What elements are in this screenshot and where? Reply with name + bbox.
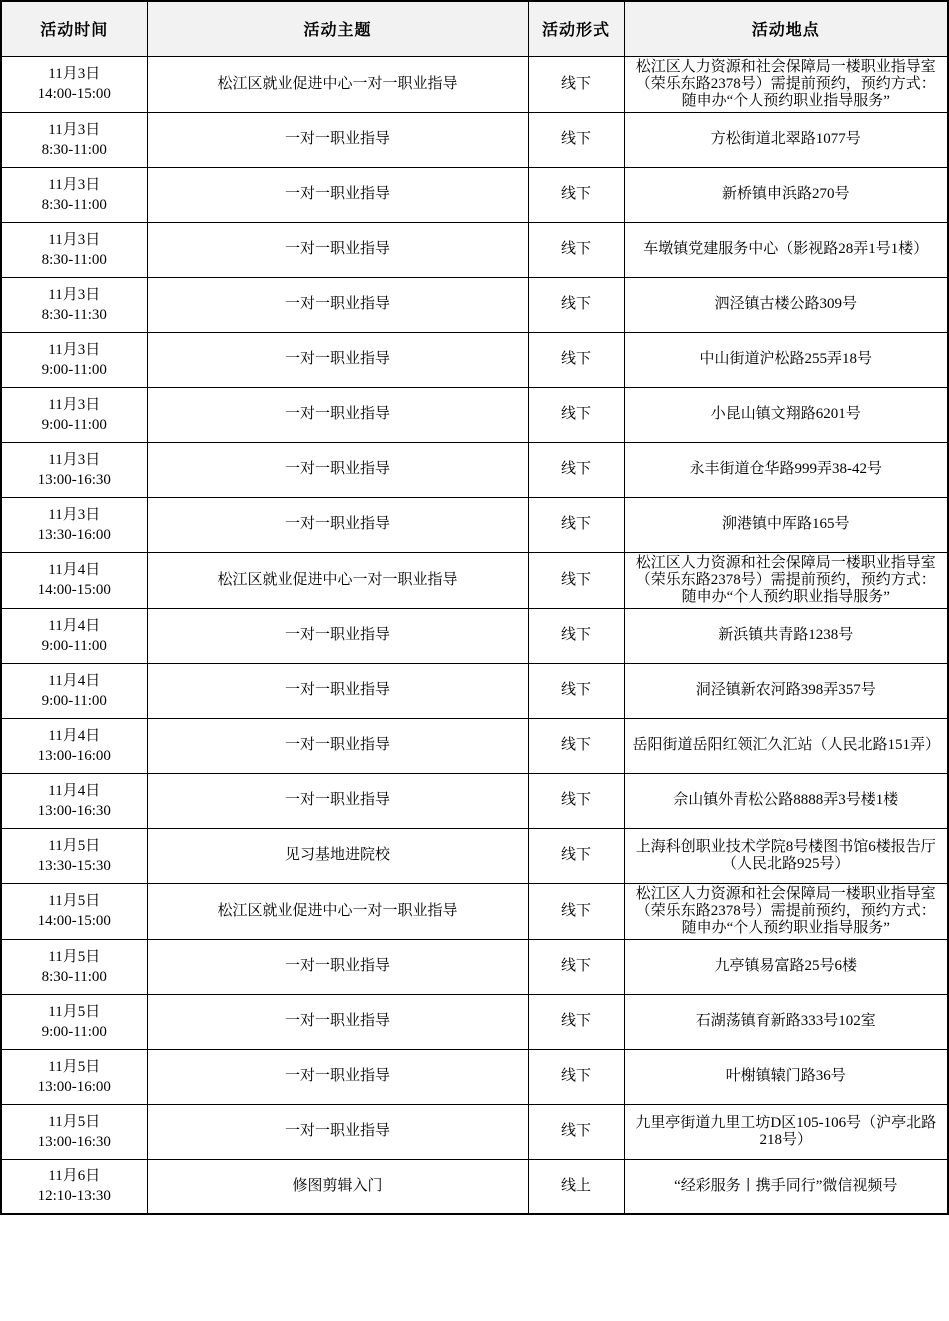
activity-schedule-table: 活动时间 活动主题 活动形式 活动地点 11月3日 14:00-15:00 松江… — [0, 0, 949, 1215]
activity-date: 11月5日 — [10, 1112, 139, 1132]
activity-date: 11月4日 — [10, 671, 139, 691]
activity-location-cell: 松江区人力资源和社会保障局一楼职业指导室（荣乐东路2378号）需提前预约，预约方… — [624, 883, 948, 939]
activity-subject-cell: 一对一职业指导 — [147, 608, 528, 663]
activity-time-cell: 11月4日 13:00-16:30 — [1, 773, 147, 828]
activity-time: 8:30-11:00 — [10, 195, 139, 215]
activity-time-cell: 11月3日 9:00-11:00 — [1, 387, 147, 442]
activity-time: 13:00-16:30 — [10, 470, 139, 490]
column-header-activity-subject: 活动主题 — [147, 1, 528, 56]
activity-form-cell: 线下 — [528, 939, 624, 994]
table-row: 11月3日 14:00-15:00 松江区就业促进中心一对一职业指导 线下 松江… — [1, 56, 948, 112]
activity-form-cell: 线下 — [528, 828, 624, 883]
activity-time: 9:00-11:00 — [10, 691, 139, 711]
activity-form-cell: 线下 — [528, 56, 624, 112]
activity-subject-cell: 一对一职业指导 — [147, 1049, 528, 1104]
activity-form-cell: 线下 — [528, 883, 624, 939]
activity-time-cell: 11月3日 8:30-11:30 — [1, 277, 147, 332]
activity-location-cell: 小昆山镇文翔路6201号 — [624, 387, 948, 442]
table-row: 11月5日 13:00-16:00 一对一职业指导 线下 叶榭镇辕门路36号 — [1, 1049, 948, 1104]
activity-time-cell: 11月6日 12:10-13:30 — [1, 1159, 147, 1214]
activity-time-cell: 11月3日 14:00-15:00 — [1, 56, 147, 112]
activity-date: 11月5日 — [10, 836, 139, 856]
activity-form-cell: 线下 — [528, 663, 624, 718]
activity-time: 13:00-16:00 — [10, 1077, 139, 1097]
activity-location-cell: 九里亭街道九里工坊D区105-106号（沪亭北路218号） — [624, 1104, 948, 1159]
activity-date: 11月3日 — [10, 340, 139, 360]
activity-time: 9:00-11:00 — [10, 360, 139, 380]
activity-subject-cell: 一对一职业指导 — [147, 773, 528, 828]
activity-location-cell: 九亭镇易富路25号6楼 — [624, 939, 948, 994]
activity-time: 13:30-16:00 — [10, 525, 139, 545]
activity-form-cell: 线下 — [528, 608, 624, 663]
activity-date: 11月5日 — [10, 891, 139, 911]
activity-date: 11月3日 — [10, 285, 139, 305]
activity-time-cell: 11月5日 13:00-16:30 — [1, 1104, 147, 1159]
activity-location-cell: “经彩服务丨携手同行”微信视频号 — [624, 1159, 948, 1214]
activity-location-cell: 松江区人力资源和社会保障局一楼职业指导室（荣乐东路2378号）需提前预约，预约方… — [624, 552, 948, 608]
activity-time: 8:30-11:30 — [10, 305, 139, 325]
activity-subject-cell: 一对一职业指导 — [147, 718, 528, 773]
activity-time: 13:00-16:00 — [10, 746, 139, 766]
activity-date: 11月4日 — [10, 781, 139, 801]
activity-form-cell: 线下 — [528, 332, 624, 387]
activity-time: 13:00-16:30 — [10, 1132, 139, 1152]
activity-subject-cell: 一对一职业指导 — [147, 497, 528, 552]
table-row: 11月4日 14:00-15:00 松江区就业促进中心一对一职业指导 线下 松江… — [1, 552, 948, 608]
activity-subject-cell: 一对一职业指导 — [147, 222, 528, 277]
activity-location-cell: 岳阳街道岳阳红领汇久汇站（人民北路151弄） — [624, 718, 948, 773]
activity-time-cell: 11月4日 9:00-11:00 — [1, 663, 147, 718]
activity-date: 11月6日 — [10, 1166, 139, 1186]
header-row: 活动时间 活动主题 活动形式 活动地点 — [1, 1, 948, 56]
activity-time-cell: 11月3日 13:30-16:00 — [1, 497, 147, 552]
activity-subject-cell: 见习基地进院校 — [147, 828, 528, 883]
activity-time: 8:30-11:00 — [10, 967, 139, 987]
table-row: 11月3日 9:00-11:00 一对一职业指导 线下 小昆山镇文翔路6201号 — [1, 387, 948, 442]
page: 活动时间 活动主题 活动形式 活动地点 11月3日 14:00-15:00 松江… — [0, 0, 949, 1321]
activity-subject-cell: 松江区就业促进中心一对一职业指导 — [147, 56, 528, 112]
activity-date: 11月3日 — [10, 230, 139, 250]
activity-location-cell: 方松街道北翠路1077号 — [624, 112, 948, 167]
table-row: 11月5日 8:30-11:00 一对一职业指导 线下 九亭镇易富路25号6楼 — [1, 939, 948, 994]
activity-subject-cell: 一对一职业指导 — [147, 994, 528, 1049]
activity-time-cell: 11月4日 9:00-11:00 — [1, 608, 147, 663]
activity-time: 9:00-11:00 — [10, 1022, 139, 1042]
activity-form-cell: 线下 — [528, 1104, 624, 1159]
activity-subject-cell: 松江区就业促进中心一对一职业指导 — [147, 552, 528, 608]
table-row: 11月5日 14:00-15:00 松江区就业促进中心一对一职业指导 线下 松江… — [1, 883, 948, 939]
activity-form-cell: 线下 — [528, 277, 624, 332]
activity-subject-cell: 一对一职业指导 — [147, 112, 528, 167]
activity-time-cell: 11月3日 8:30-11:00 — [1, 222, 147, 277]
activity-location-cell: 松江区人力资源和社会保障局一楼职业指导室（荣乐东路2378号）需提前预约，预约方… — [624, 56, 948, 112]
activity-form-cell: 线下 — [528, 167, 624, 222]
table-row: 11月6日 12:10-13:30 修图剪辑入门 线上 “经彩服务丨携手同行”微… — [1, 1159, 948, 1214]
table-row: 11月3日 9:00-11:00 一对一职业指导 线下 中山街道沪松路255弄1… — [1, 332, 948, 387]
activity-location-cell: 车墩镇党建服务中心（影视路28弄1号1楼） — [624, 222, 948, 277]
activity-time: 13:00-16:30 — [10, 801, 139, 821]
activity-subject-cell: 一对一职业指导 — [147, 387, 528, 442]
activity-subject-cell: 一对一职业指导 — [147, 277, 528, 332]
activity-time-cell: 11月3日 9:00-11:00 — [1, 332, 147, 387]
activity-form-cell: 线下 — [528, 718, 624, 773]
activity-time: 13:30-15:30 — [10, 856, 139, 876]
activity-form-cell: 线下 — [528, 387, 624, 442]
activity-form-cell: 线下 — [528, 112, 624, 167]
table-row: 11月5日 13:00-16:30 一对一职业指导 线下 九里亭街道九里工坊D区… — [1, 1104, 948, 1159]
activity-date: 11月4日 — [10, 726, 139, 746]
activity-subject-cell: 一对一职业指导 — [147, 1104, 528, 1159]
activity-time: 14:00-15:00 — [10, 911, 139, 931]
activity-subject-cell: 一对一职业指导 — [147, 167, 528, 222]
activity-form-cell: 线下 — [528, 497, 624, 552]
activity-location-cell: 新浜镇共青路1238号 — [624, 608, 948, 663]
activity-form-cell: 线下 — [528, 442, 624, 497]
activity-time: 8:30-11:00 — [10, 250, 139, 270]
activity-time-cell: 11月5日 9:00-11:00 — [1, 994, 147, 1049]
activity-time-cell: 11月3日 13:00-16:30 — [1, 442, 147, 497]
activity-location-cell: 叶榭镇辕门路36号 — [624, 1049, 948, 1104]
activity-time: 9:00-11:00 — [10, 415, 139, 435]
table-row: 11月3日 8:30-11:00 一对一职业指导 线下 车墩镇党建服务中心（影视… — [1, 222, 948, 277]
table-row: 11月4日 9:00-11:00 一对一职业指导 线下 新浜镇共青路1238号 — [1, 608, 948, 663]
activity-time-cell: 11月4日 13:00-16:00 — [1, 718, 147, 773]
activity-location-cell: 石湖荡镇育新路333号102室 — [624, 994, 948, 1049]
activity-date: 11月3日 — [10, 175, 139, 195]
activity-time-cell: 11月5日 8:30-11:00 — [1, 939, 147, 994]
activity-form-cell: 线上 — [528, 1159, 624, 1214]
activity-subject-cell: 一对一职业指导 — [147, 663, 528, 718]
table-row: 11月4日 9:00-11:00 一对一职业指导 线下 洞泾镇新农河路398弄3… — [1, 663, 948, 718]
table-row: 11月3日 13:00-16:30 一对一职业指导 线下 永丰街道仓华路999弄… — [1, 442, 948, 497]
activity-time: 12:10-13:30 — [10, 1186, 139, 1206]
activity-location-cell: 泗泾镇古楼公路309号 — [624, 277, 948, 332]
activity-time-cell: 11月5日 13:00-16:00 — [1, 1049, 147, 1104]
activity-time-cell: 11月3日 8:30-11:00 — [1, 167, 147, 222]
activity-location-cell: 佘山镇外青松公路8888弄3号楼1楼 — [624, 773, 948, 828]
activity-subject-cell: 一对一职业指导 — [147, 332, 528, 387]
activity-subject-cell: 松江区就业促进中心一对一职业指导 — [147, 883, 528, 939]
activity-subject-cell: 修图剪辑入门 — [147, 1159, 528, 1214]
activity-time-cell: 11月3日 8:30-11:00 — [1, 112, 147, 167]
activity-form-cell: 线下 — [528, 773, 624, 828]
activity-date: 11月3日 — [10, 505, 139, 525]
activity-location-cell: 中山街道沪松路255弄18号 — [624, 332, 948, 387]
activity-date: 11月5日 — [10, 1057, 139, 1077]
activity-date: 11月3日 — [10, 450, 139, 470]
activity-location-cell: 上海科创职业技术学院8号楼图书馆6楼报告厅（人民北路925号） — [624, 828, 948, 883]
activity-subject-cell: 一对一职业指导 — [147, 442, 528, 497]
activity-form-cell: 线下 — [528, 552, 624, 608]
activity-location-cell: 泖港镇中厍路165号 — [624, 497, 948, 552]
activity-time: 14:00-15:00 — [10, 580, 139, 600]
table-row: 11月3日 13:30-16:00 一对一职业指导 线下 泖港镇中厍路165号 — [1, 497, 948, 552]
activity-time-cell: 11月4日 14:00-15:00 — [1, 552, 147, 608]
activity-time: 14:00-15:00 — [10, 84, 139, 104]
activity-date: 11月3日 — [10, 120, 139, 140]
activity-date: 11月5日 — [10, 947, 139, 967]
activity-subject-cell: 一对一职业指导 — [147, 939, 528, 994]
activity-date: 11月5日 — [10, 1002, 139, 1022]
table-row: 11月4日 13:00-16:00 一对一职业指导 线下 岳阳街道岳阳红领汇久汇… — [1, 718, 948, 773]
column-header-activity-form: 活动形式 — [528, 1, 624, 56]
table-row: 11月3日 8:30-11:30 一对一职业指导 线下 泗泾镇古楼公路309号 — [1, 277, 948, 332]
column-header-activity-location: 活动地点 — [624, 1, 948, 56]
activity-location-cell: 永丰街道仓华路999弄38-42号 — [624, 442, 948, 497]
activity-location-cell: 洞泾镇新农河路398弄357号 — [624, 663, 948, 718]
activity-form-cell: 线下 — [528, 222, 624, 277]
column-header-activity-time: 活动时间 — [1, 1, 147, 56]
table-row: 11月3日 8:30-11:00 一对一职业指导 线下 方松街道北翠路1077号 — [1, 112, 948, 167]
activity-date: 11月4日 — [10, 560, 139, 580]
activity-location-cell: 新桥镇申浜路270号 — [624, 167, 948, 222]
activity-time: 9:00-11:00 — [10, 636, 139, 656]
activity-date: 11月4日 — [10, 616, 139, 636]
table-row: 11月4日 13:00-16:30 一对一职业指导 线下 佘山镇外青松公路888… — [1, 773, 948, 828]
table-body: 11月3日 14:00-15:00 松江区就业促进中心一对一职业指导 线下 松江… — [1, 56, 948, 1214]
activity-time-cell: 11月5日 14:00-15:00 — [1, 883, 147, 939]
activity-date: 11月3日 — [10, 64, 139, 84]
activity-form-cell: 线下 — [528, 1049, 624, 1104]
table-row: 11月3日 8:30-11:00 一对一职业指导 线下 新桥镇申浜路270号 — [1, 167, 948, 222]
table-header: 活动时间 活动主题 活动形式 活动地点 — [1, 1, 948, 56]
table-row: 11月5日 13:30-15:30 见习基地进院校 线下 上海科创职业技术学院8… — [1, 828, 948, 883]
activity-date: 11月3日 — [10, 395, 139, 415]
activity-form-cell: 线下 — [528, 994, 624, 1049]
table-row: 11月5日 9:00-11:00 一对一职业指导 线下 石湖荡镇育新路333号1… — [1, 994, 948, 1049]
activity-time-cell: 11月5日 13:30-15:30 — [1, 828, 147, 883]
activity-time: 8:30-11:00 — [10, 140, 139, 160]
